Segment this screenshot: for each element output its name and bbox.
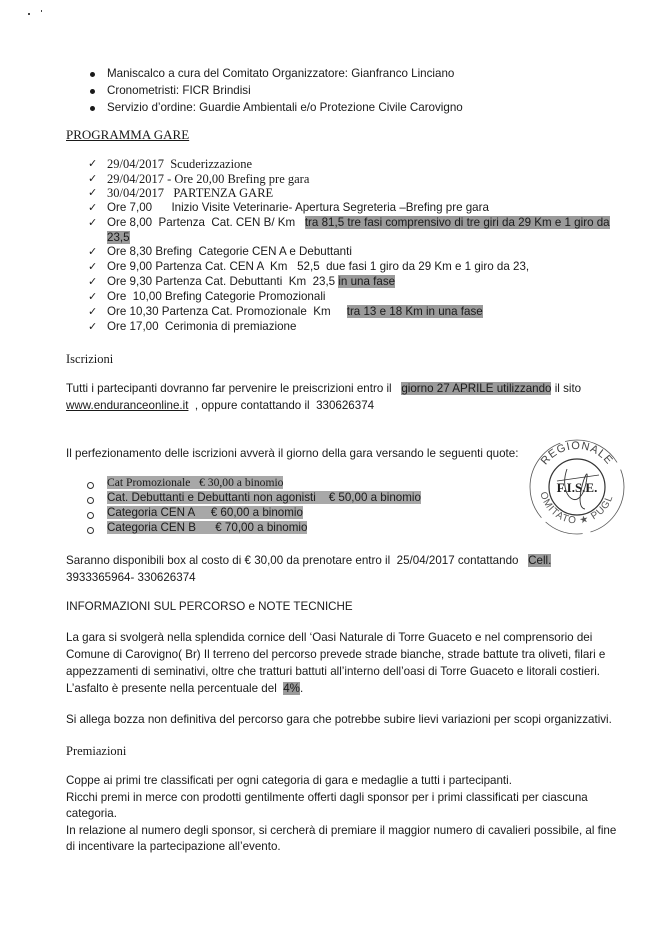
programma-heading: PROGRAMMA GARE — [66, 127, 189, 143]
programma-item-highlight: in una fase — [338, 275, 395, 288]
premiazioni-line: In relazione al numero degli sponsor, si… — [66, 824, 616, 837]
enduranceonline-link[interactable]: www.enduranceonline.it — [66, 399, 188, 412]
scan-mark — [28, 13, 30, 15]
programma-item: Ore 8,30 Brefing Categorie CEN A e Debut… — [107, 245, 352, 258]
bullet-icon — [90, 72, 95, 77]
asfalto-text: . — [300, 682, 303, 695]
quote-price: € 30,00 a binomio — [199, 476, 283, 489]
quote-item: Categoria CEN A € 60,00 a binomio — [107, 506, 303, 519]
circle-bullet-icon — [87, 482, 94, 489]
programma-item-text: 29/04/2017 Scuderizzazione — [107, 157, 252, 171]
bullet-icon — [90, 106, 95, 111]
quote-price: € 60,00 a binomio — [211, 506, 303, 519]
box-phone: 3933365964- 330626374 — [66, 571, 196, 584]
programma-item-text: Ore 7,00 Inizio Visite Veterinarie- Aper… — [107, 201, 489, 214]
checkmark-icon: ✓ — [88, 260, 97, 273]
programma-item: 29/04/2017 Scuderizzazione — [107, 157, 252, 172]
iscrizioni-deadline-highlight: giorno 27 APRILE utilizzando — [401, 382, 551, 395]
quote-category: Categoria CEN B — [107, 521, 196, 534]
box-line1: Saranno disponibili box al costo di € 30… — [66, 554, 551, 567]
bullet-icon — [90, 89, 95, 94]
checkmark-icon: ✓ — [88, 201, 97, 214]
programma-item-highlight: 23,5 — [107, 231, 130, 244]
percorso-line: La gara si svolgerà nella splendida corn… — [66, 631, 592, 644]
iscrizioni-line2: www.enduranceonline.it , oppure contatta… — [66, 399, 374, 412]
programma-item-text: 30/04/2017 PARTENZA GARE — [107, 186, 273, 200]
premiazioni-line: categoria. — [66, 807, 117, 820]
programma-item-highlight: tra 13 e 18 Km in una fase — [347, 305, 483, 318]
svg-text:REGIONALE: REGIONALE — [539, 440, 615, 467]
percorso-line: appezzamenti di seminativi, oltre che tr… — [66, 665, 600, 678]
programma-item-text: Ore 9,00 Partenza Cat. CEN A Km 52,5 due… — [107, 260, 529, 273]
checkmark-icon: ✓ — [88, 245, 97, 258]
asfalto-percent-highlight: 4% — [283, 682, 300, 695]
circle-bullet-icon — [87, 512, 94, 519]
circle-bullet-icon — [87, 497, 94, 504]
checkmark-icon: ✓ — [88, 320, 97, 333]
premiazioni-line: di incentivare la partecipazione all’eve… — [66, 840, 281, 853]
iscrizioni-text: , oppure contattando il 330626374 — [188, 399, 374, 412]
premiazioni-line: Coppe ai primi tre classificati per ogni… — [66, 774, 512, 787]
programma-item-highlight: tra 81,5 tre fasi comprensivo di tre gir… — [305, 216, 610, 229]
quote-price: € 70,00 a binomio — [215, 521, 307, 534]
programma-item: Ore 7,00 Inizio Visite Veterinarie- Aper… — [107, 201, 489, 214]
programma-item: Ore 8,00 Partenza Cat. CEN B/ Km tra 81,… — [107, 216, 610, 229]
quote-item: Categoria CEN B € 70,00 a binomio — [107, 521, 307, 534]
programma-item-text: Ore 10,00 Brefing Categorie Promozionali — [107, 290, 325, 303]
premiazioni-heading: Premiazioni — [66, 744, 126, 759]
cell-highlight: Cell. — [528, 554, 551, 567]
programma-item: Ore 10,30 Partenza Cat. Promozionale Km … — [107, 305, 483, 318]
premiazioni-line: Ricchi premi in merce con prodotti genti… — [66, 791, 588, 804]
staff-item: Servizio d’ordine: Guardie Ambientali e/… — [107, 101, 463, 114]
checkmark-icon: ✓ — [88, 172, 97, 185]
programma-item-text: 29/04/2017 - Ore 20,00 Brefing pre gara — [107, 172, 309, 186]
programma-item-text: Ore 10,30 Partenza Cat. Promozionale Km — [107, 305, 347, 318]
iscrizioni-text: Tutti i partecipanti dovranno far perven… — [66, 382, 401, 395]
iscrizioni-text: il sito — [551, 382, 581, 395]
programma-item-continuation: 23,5 — [107, 231, 130, 244]
checkmark-icon: ✓ — [88, 275, 97, 288]
checkmark-icon: ✓ — [88, 305, 97, 318]
quote-category: Cat Promozionale — [107, 476, 190, 489]
checkmark-icon: ✓ — [88, 216, 97, 229]
svg-text:F.I.S.E.: F.I.S.E. — [557, 480, 598, 495]
quote-category: Categoria CEN A — [107, 506, 195, 519]
quote-item: Cat Promozionale € 30,00 a binomio — [107, 476, 283, 489]
checkmark-icon: ✓ — [88, 186, 97, 199]
bozza-line: Si allega bozza non definitiva del perco… — [66, 713, 612, 726]
asfalto-line: L’asfalto è presente nella percentuale d… — [66, 682, 303, 695]
percorso-line: Comune di Carovigno( Br) Il terreno del … — [66, 648, 605, 661]
programma-item: Ore 9,30 Partenza Cat. Debuttanti Km 23,… — [107, 275, 395, 288]
percorso-heading: INFORMAZIONI SUL PERCORSO e NOTE TECNICH… — [66, 600, 353, 613]
fise-stamp-icon: REGIONALE COMITATO ★ PUGLIA F.I.S.E. — [527, 437, 627, 537]
programma-item-text: Ore 8,00 Partenza Cat. CEN B/ Km — [107, 216, 305, 229]
staff-item: Cronometristi: FICR Brindisi — [107, 84, 251, 97]
quote-price: € 50,00 a binomio — [329, 491, 421, 504]
programma-item-text: Ore 17,00 Cerimonia di premiazione — [107, 320, 296, 333]
quote-item: Cat. Debuttanti e Debuttanti non agonist… — [107, 491, 421, 504]
quote-category: Cat. Debuttanti e Debuttanti non agonist… — [107, 491, 316, 504]
iscrizioni-heading: Iscrizioni — [66, 352, 113, 367]
scan-mark — [41, 10, 42, 12]
iscrizioni-line1: Tutti i partecipanti dovranno far perven… — [66, 382, 581, 395]
quote-intro: Il perfezionamento delle iscrizioni avve… — [66, 447, 518, 460]
asfalto-text: L’asfalto è presente nella percentuale d… — [66, 682, 283, 695]
programma-item: 30/04/2017 PARTENZA GARE — [107, 186, 273, 201]
programma-item: Ore 10,00 Brefing Categorie Promozionali — [107, 290, 325, 303]
programma-item-text: Ore 8,30 Brefing Categorie CEN A e Debut… — [107, 245, 352, 258]
checkmark-icon: ✓ — [88, 290, 97, 303]
checkmark-icon: ✓ — [88, 157, 97, 170]
circle-bullet-icon — [87, 527, 94, 534]
programma-item: Ore 9,00 Partenza Cat. CEN A Km 52,5 due… — [107, 260, 529, 273]
box-text: Saranno disponibili box al costo di € 30… — [66, 554, 528, 567]
programma-item: Ore 17,00 Cerimonia di premiazione — [107, 320, 296, 333]
programma-item-text: Ore 9,30 Partenza Cat. Debuttanti Km 23,… — [107, 275, 338, 288]
staff-item: Maniscalco a cura del Comitato Organizza… — [107, 67, 454, 80]
programma-item: 29/04/2017 - Ore 20,00 Brefing pre gara — [107, 172, 309, 187]
